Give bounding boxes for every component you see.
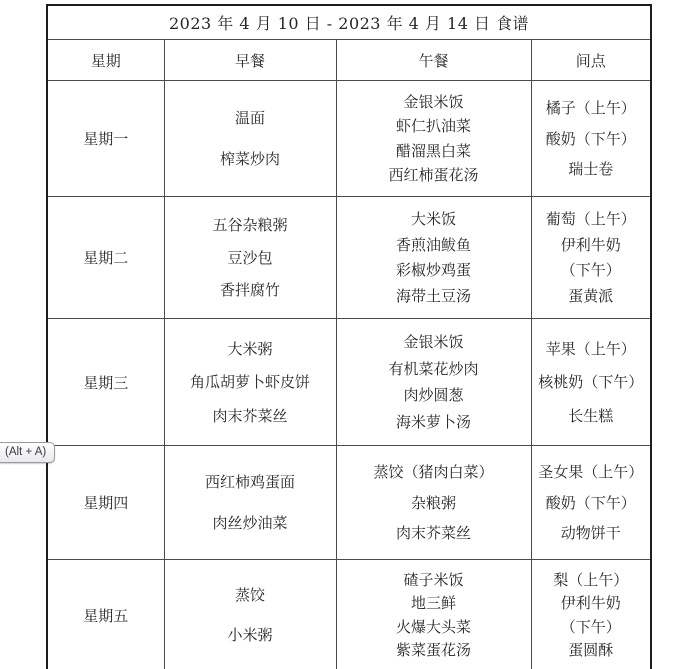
column-header-breakfast: 早餐 [164, 40, 336, 81]
dish-line: 大米粥 [227, 339, 272, 359]
dish-line: 小米粥 [227, 625, 272, 645]
weekly-menu-table: 2023 年 4 月 10 日 - 2023 年 4 月 14 日 食谱 星期 … [46, 4, 652, 669]
day-cell: 星期二 [47, 197, 164, 319]
dish-line: 地三鲜 [411, 593, 456, 613]
dish-line: 角瓜胡萝卜虾皮饼 [190, 372, 310, 392]
dish-line: 酸奶（下午） [546, 129, 636, 149]
dish-line: 榨菜炒肉 [220, 149, 280, 169]
dish-line: 肉末芥菜丝 [396, 523, 471, 543]
dish-line: 苹果（上午） [546, 339, 636, 359]
dish-line: 伊利牛奶 [561, 593, 621, 613]
day-label: 星期五 [48, 605, 164, 626]
table-title: 2023 年 4 月 10 日 - 2023 年 4 月 14 日 食谱 [47, 5, 651, 40]
dish-line: 西红柿蛋花汤 [388, 165, 478, 185]
dish-line: 伊利牛奶 [561, 235, 621, 255]
breakfast-cell: 五谷杂粮粥 豆沙包 香拌腐竹 [164, 197, 336, 319]
day-cell: 星期五 [47, 560, 164, 669]
day-cell: 星期一 [47, 81, 164, 197]
lunch-cell: 大米饭 香煎油鲅鱼 彩椒炒鸡蛋 海带土豆汤 [336, 197, 531, 319]
dish-line: （下午） [561, 260, 621, 280]
day-label: 星期四 [48, 492, 164, 513]
dish-line: 葡萄（上午） [546, 209, 636, 229]
dish-line: 长生糕 [568, 406, 613, 426]
dish-line: 金银米饭 [403, 92, 463, 112]
dish-line: 香拌腐竹 [220, 280, 280, 300]
dish-line: 梨（上午） [553, 570, 628, 590]
snack-cell: 圣女果（上午） 酸奶（下午） 动物饼干 [531, 446, 651, 560]
lunch-cell: 金银米饭 虾仁扒油菜 醋溜黑白菜 西红柿蛋花汤 [336, 81, 531, 197]
snack-cell: 葡萄（上午） 伊利牛奶 （下午） 蛋黄派 [531, 197, 651, 319]
lunch-cell: 蒸饺（猪肉白菜） 杂粮粥 肉末芥菜丝 [336, 446, 531, 560]
table-row-wednesday: 星期三 大米粥 角瓜胡萝卜虾皮饼 肉末芥菜丝 金银米饭 有机菜花炒肉 肉炒圆葱 … [47, 319, 651, 446]
dish-line: （下午） [561, 617, 621, 637]
dish-line: 肉炒圆葱 [403, 385, 463, 405]
day-cell: 星期四 [47, 446, 164, 560]
breakfast-cell: 西红柿鸡蛋面 肉丝炒油菜 [164, 446, 336, 560]
snack-cell: 苹果（上午） 核桃奶（下午） 长生糕 [531, 319, 651, 446]
dish-line: 海米萝卜汤 [396, 412, 471, 432]
table-row-monday: 星期一 温面 榨菜炒肉 金银米饭 虾仁扒油菜 醋溜黑白菜 西红柿蛋花汤 橘子（上… [47, 81, 651, 197]
dish-line: 酸奶（下午） [546, 493, 636, 513]
breakfast-cell: 温面 榨菜炒肉 [164, 81, 336, 197]
day-label: 星期二 [48, 247, 164, 268]
dish-line: 杂粮粥 [411, 493, 456, 513]
table-row-tuesday: 星期二 五谷杂粮粥 豆沙包 香拌腐竹 大米饭 香煎油鲅鱼 彩椒炒鸡蛋 海带土豆汤… [47, 197, 651, 319]
table-row-thursday: 星期四 西红柿鸡蛋面 肉丝炒油菜 蒸饺（猪肉白菜） 杂粮粥 肉末芥菜丝 圣女果（… [47, 446, 651, 560]
dish-line: 蛋黄派 [568, 286, 613, 306]
day-label: 星期三 [48, 372, 164, 393]
snack-cell: 梨（上午） 伊利牛奶 （下午） 蛋圆酥 [531, 560, 651, 669]
alt-a-shortcut-badge[interactable]: (Alt + A) [0, 442, 55, 463]
snack-cell: 橘子（上午） 酸奶（下午） 瑞士卷 [531, 81, 651, 197]
dish-line: 醋溜黑白菜 [396, 141, 471, 161]
dish-line: 肉丝炒油菜 [212, 513, 287, 533]
dish-line: 五谷杂粮粥 [212, 215, 287, 235]
column-header-lunch: 午餐 [336, 40, 531, 81]
dish-line: 紫菜蛋花汤 [396, 640, 471, 660]
table-header-row: 星期 早餐 午餐 间点 [47, 40, 651, 81]
dish-line: 大米饭 [411, 209, 456, 229]
dish-line: 火爆大头菜 [396, 617, 471, 637]
dish-line: 有机菜花炒肉 [388, 359, 478, 379]
dish-line: 金银米饭 [403, 332, 463, 352]
dish-line: 圣女果（上午） [538, 462, 643, 482]
dish-line: 虾仁扒油菜 [396, 116, 471, 136]
dish-line: 香煎油鲅鱼 [396, 235, 471, 255]
dish-line: 肉末芥菜丝 [212, 406, 287, 426]
dish-line: 蛋圆酥 [568, 640, 613, 660]
dish-line: 碴子米饭 [403, 570, 463, 590]
lunch-cell: 金银米饭 有机菜花炒肉 肉炒圆葱 海米萝卜汤 [336, 319, 531, 446]
column-header-day: 星期 [47, 40, 164, 81]
dish-line: 核桃奶（下午） [538, 372, 643, 392]
column-header-snack: 间点 [531, 40, 651, 81]
dish-line: 西红柿鸡蛋面 [205, 472, 295, 492]
dish-line: 彩椒炒鸡蛋 [396, 260, 471, 280]
day-cell: 星期三 [47, 319, 164, 446]
table-title-row: 2023 年 4 月 10 日 - 2023 年 4 月 14 日 食谱 [47, 5, 651, 40]
breakfast-cell: 大米粥 角瓜胡萝卜虾皮饼 肉末芥菜丝 [164, 319, 336, 446]
dish-line: 动物饼干 [561, 523, 621, 543]
dish-line: 海带土豆汤 [396, 286, 471, 306]
dish-line: 橘子（上午） [546, 98, 636, 118]
day-label: 星期一 [48, 128, 164, 149]
dish-line: 温面 [235, 108, 265, 128]
breakfast-cell: 蒸饺 小米粥 [164, 560, 336, 669]
table-row-friday: 星期五 蒸饺 小米粥 碴子米饭 地三鲜 火爆大头菜 紫菜蛋花汤 梨（上午） 伊利… [47, 560, 651, 669]
dish-line: 蒸饺（猪肉白菜） [373, 462, 493, 482]
dish-line: 豆沙包 [227, 248, 272, 268]
dish-line: 瑞士卷 [568, 159, 613, 179]
dish-line: 蒸饺 [235, 585, 265, 605]
lunch-cell: 碴子米饭 地三鲜 火爆大头菜 紫菜蛋花汤 [336, 560, 531, 669]
